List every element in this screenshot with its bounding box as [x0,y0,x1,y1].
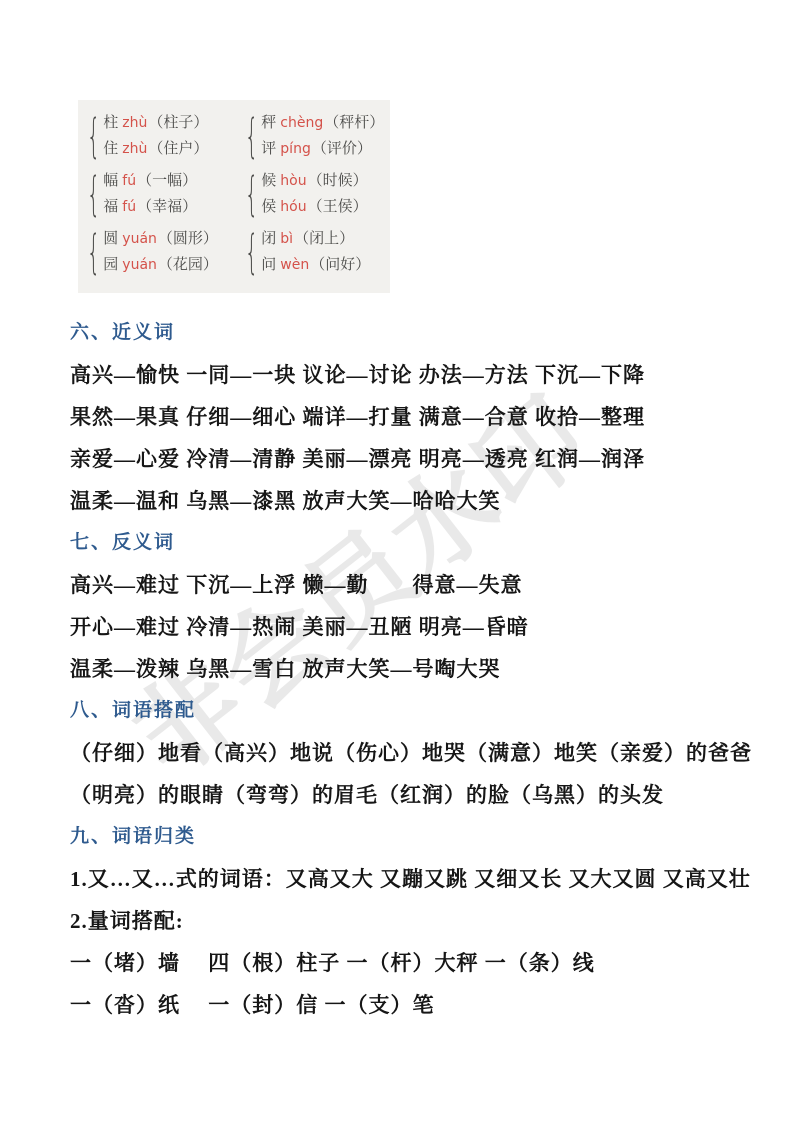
text-line: 果然—果真 仔细—细心 端详—打量 满意—合意 收拾—整理 [70,396,750,438]
pinyin-row: 园yuán（花园） [103,252,218,278]
section-heading-collocations: 八、词语搭配 [70,690,750,732]
example-word: （花园） [158,257,218,273]
brace-icon: { [87,227,100,277]
text-line: 亲爱—心爱 冷清—清静 美丽—漂亮 明亮—透亮 红润—润泽 [70,438,750,480]
pinyin: hòu [280,173,306,189]
pinyin-row: 侯hóu（王侯） [261,194,367,220]
text-line: 一（沓）纸 一（封）信 一（支）笔 [70,984,750,1026]
pinyin-row: 闭bì（闭上） [261,226,370,252]
pinyin-group: { 柱zhù（柱子） 住zhù（住户） [86,110,240,162]
pinyin: zhù [122,115,147,131]
hanzi: 圆 [103,231,118,247]
text-line: （仔细）地看（高兴）地说（伤心）地哭（满意）地笑（亲爱）的爸爸 [70,732,750,774]
text-line: 高兴—难过 下沉—上浮 懒—勤 得意—失意 [70,564,750,606]
example-word: （秤杆） [324,115,384,131]
pinyin-group: { 候hòu（时候） 侯hóu（王侯） [244,168,390,220]
hanzi: 幅 [103,173,118,189]
document-page: 非会员水印 { 柱zhù（柱子） 住zhù（住户） { 幅fú（一幅 [0,0,793,1122]
hanzi: 柱 [103,115,118,131]
hanzi: 住 [103,141,118,157]
pinyin-row: 问wèn（问好） [261,252,370,278]
hanzi: 福 [103,199,118,215]
pinyin: zhù [122,141,147,157]
brace-icon: { [87,111,100,161]
example-word: （王侯） [308,199,368,215]
pinyin: chèng [280,115,323,131]
text-line: 温柔—泼辣 乌黑—雪白 放声大笑—号啕大哭 [70,648,750,690]
pinyin-row: 秤chèng（秤杆） [261,110,384,136]
hanzi: 秤 [261,115,276,131]
brace-icon: { [245,111,258,161]
hanzi: 侯 [261,199,276,215]
hanzi: 问 [261,257,276,273]
hanzi: 候 [261,173,276,189]
section-heading-synonyms: 六、近义词 [70,312,750,354]
brace-icon: { [245,169,258,219]
pinyin: píng [280,141,311,157]
brace-icon: { [87,169,100,219]
text-line: （明亮）的眼睛（弯弯）的眉毛（红润）的脸（乌黑）的头发 [70,774,750,816]
hanzi: 园 [103,257,118,273]
pinyin-row: 圆yuán（圆形） [103,226,218,252]
example-word: （一幅） [137,173,197,189]
pinyin-group: { 秤chèng（秤杆） 评píng（评价） [244,110,390,162]
pinyin: bì [280,231,293,247]
pinyin: yuán [122,257,157,273]
example-word: （柱子） [148,115,208,131]
pinyin-group: { 闭bì（闭上） 问wèn（问好） [244,226,390,278]
example-word: （幸福） [137,199,197,215]
section-heading-word-categories: 九、词语归类 [70,816,750,858]
text-line: 一（堵）墙 四（根）柱子 一（杆）大秤 一（条）线 [70,942,750,984]
pinyin-row: 福fú（幸福） [103,194,197,220]
example-word: （圆形） [158,231,218,247]
hanzi: 评 [261,141,276,157]
example-word: （评价） [312,141,372,157]
section-heading-antonyms: 七、反义词 [70,522,750,564]
document-body: 六、近义词 高兴—愉快 一同—一块 议论—讨论 办法—方法 下沉—下降 果然—果… [70,312,750,1026]
example-word: （闭上） [294,231,354,247]
text-line: 高兴—愉快 一同—一块 议论—讨论 办法—方法 下沉—下降 [70,354,750,396]
chart-left-column: { 柱zhù（柱子） 住zhù（住户） { 幅fú（一幅） [86,110,240,293]
pinyin-group: { 圆yuán（圆形） 园yuán（花园） [86,226,240,278]
example-word: （问好） [310,257,370,273]
text-line: 2.量词搭配: [70,900,750,942]
pinyin: wèn [280,257,309,273]
pinyin: fú [122,199,136,215]
pinyin-row: 住zhù（住户） [103,136,208,162]
brace-icon: { [245,227,258,277]
text-line: 温柔—温和 乌黑—漆黑 放声大笑—哈哈大笑 [70,480,750,522]
text-line: 开心—难过 冷清—热闹 美丽—丑陋 明亮—昏暗 [70,606,750,648]
pinyin-group: { 幅fú（一幅） 福fú（幸福） [86,168,240,220]
pinyin-row: 评píng（评价） [261,136,384,162]
example-word: （时候） [308,173,368,189]
hanzi: 闭 [261,231,276,247]
pinyin-row: 候hòu（时候） [261,168,367,194]
example-word: （住户） [148,141,208,157]
pinyin: fú [122,173,136,189]
pinyin: yuán [122,231,157,247]
pinyin: hóu [280,199,306,215]
pinyin-row: 柱zhù（柱子） [103,110,208,136]
chart-right-column: { 秤chèng（秤杆） 评píng（评价） { 候hòu（时候） [244,110,390,293]
text-line: 1.又…又…式的词语：又高又大 又蹦又跳 又细又长 又大又圆 又高又壮 [70,858,750,900]
pinyin-comparison-chart: { 柱zhù（柱子） 住zhù（住户） { 幅fú（一幅） [78,100,390,293]
pinyin-row: 幅fú（一幅） [103,168,197,194]
